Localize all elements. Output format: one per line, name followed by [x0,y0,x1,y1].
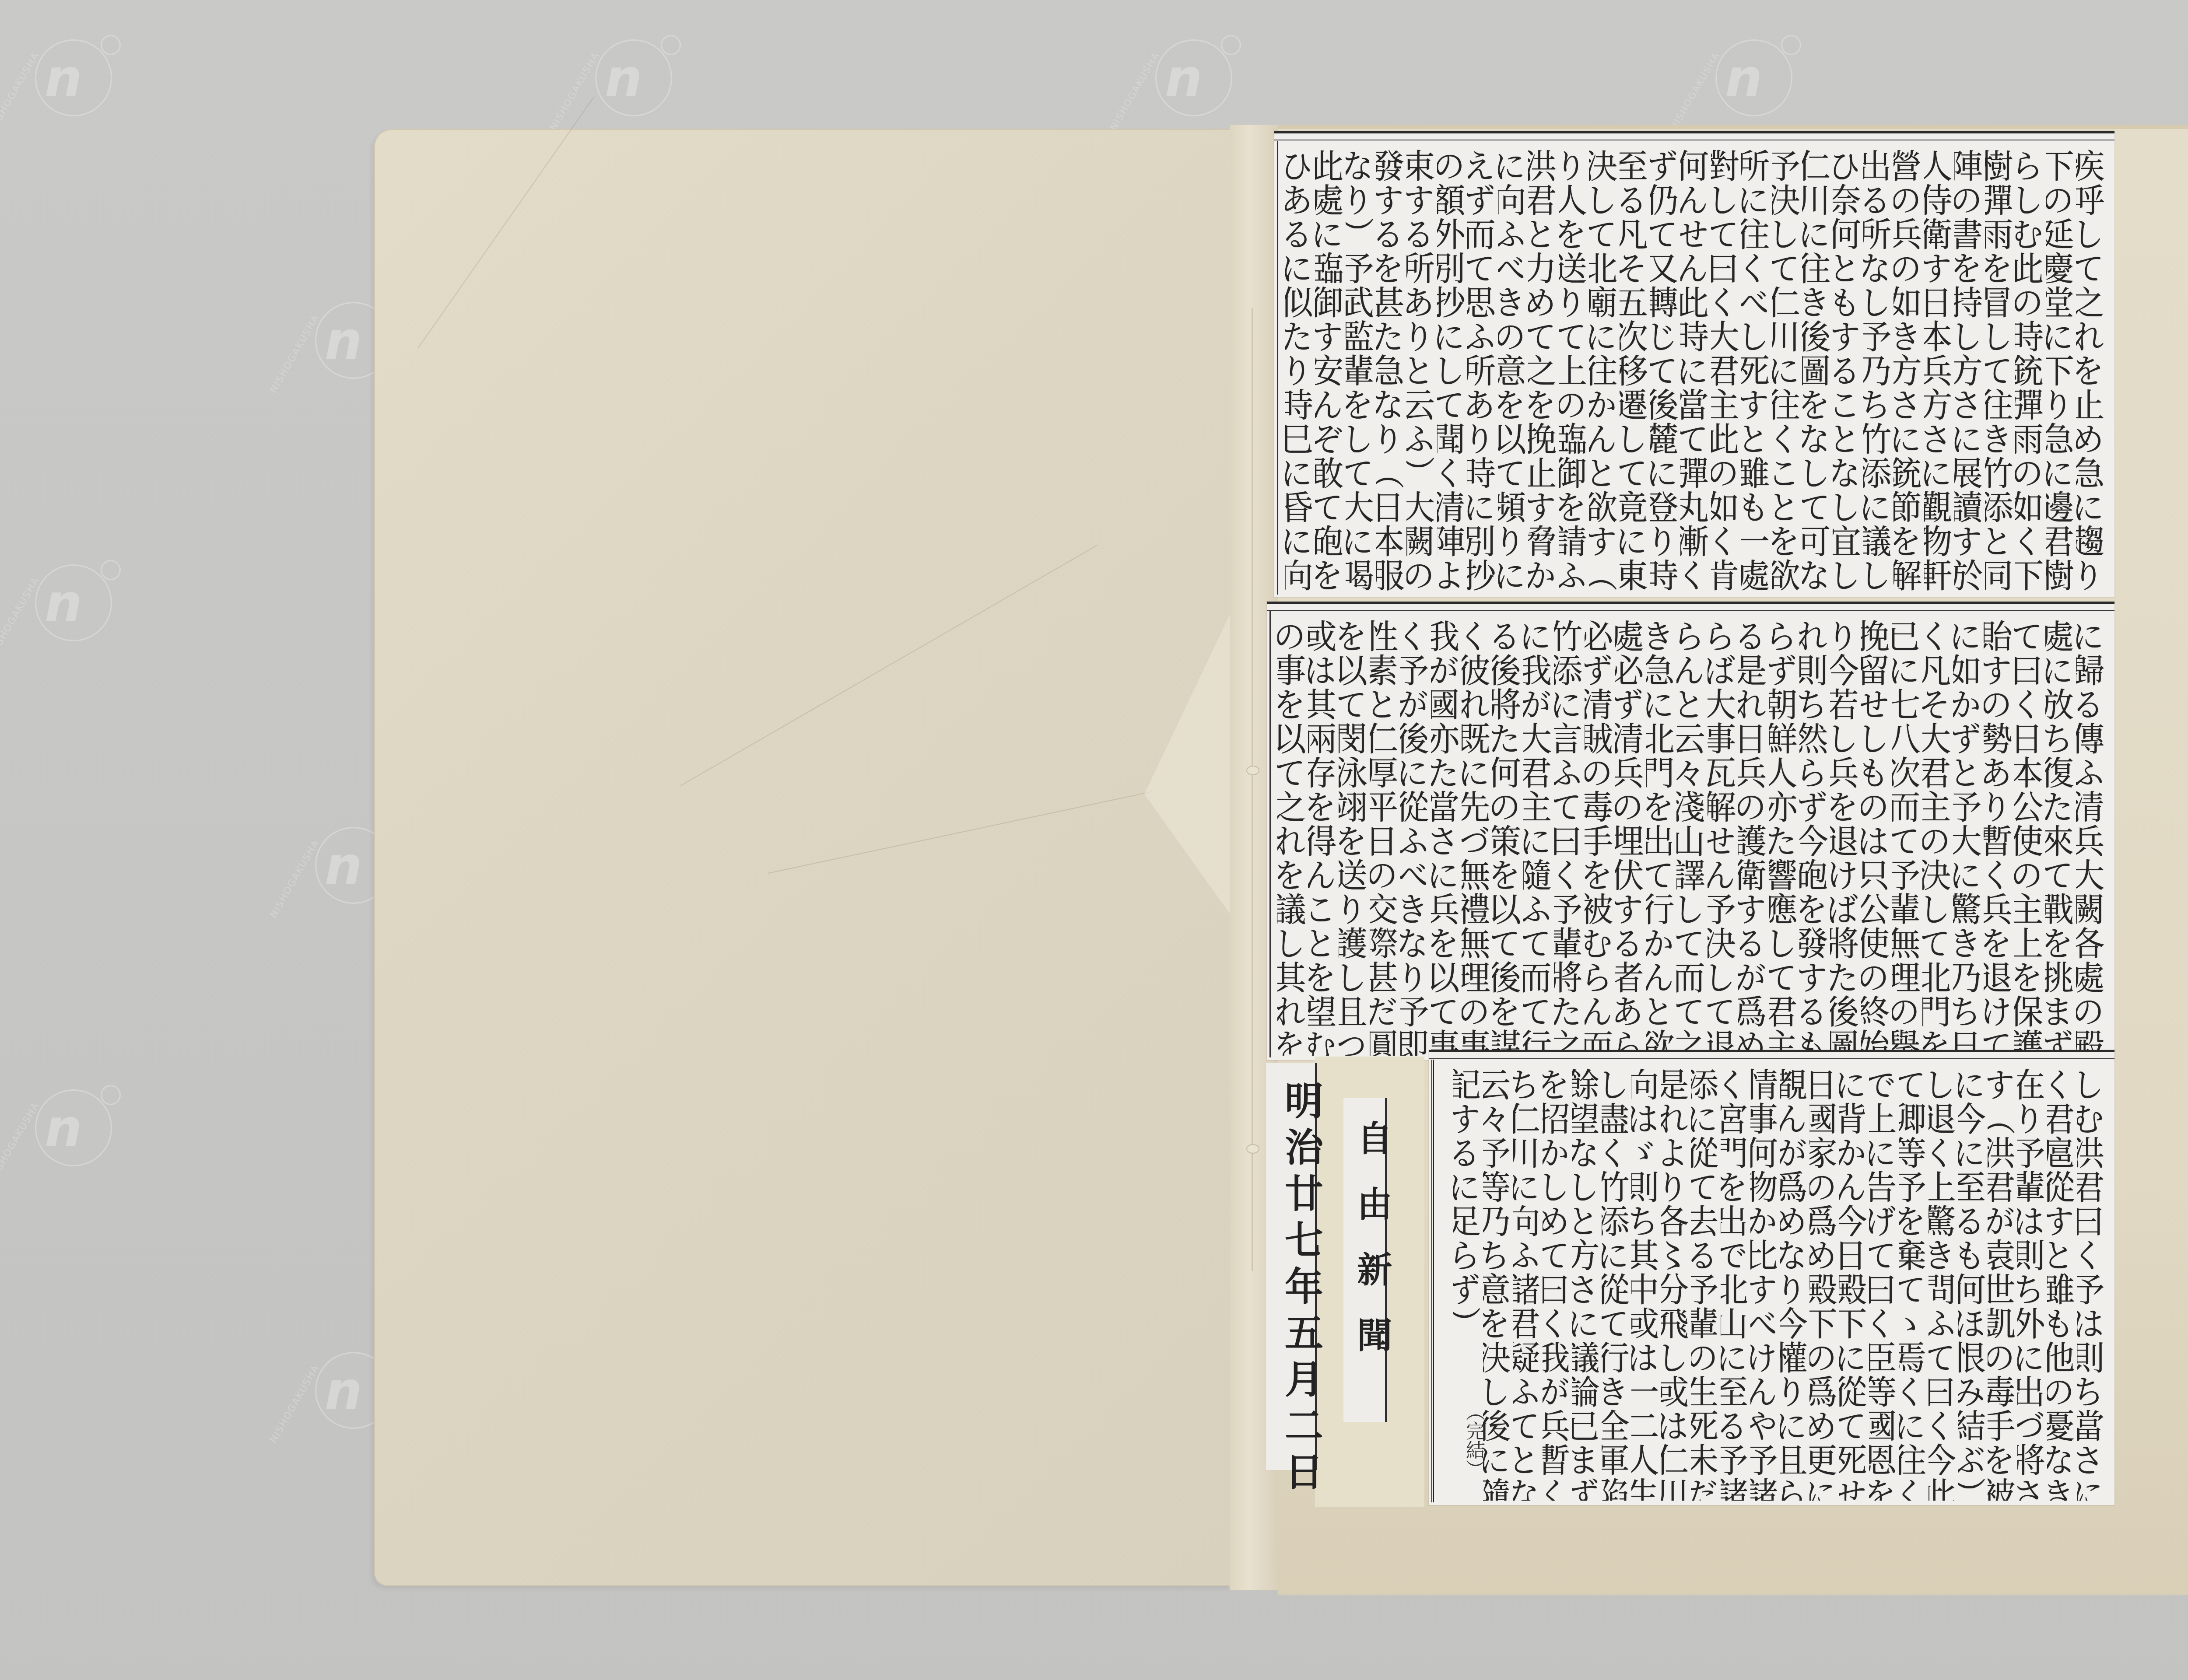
text-column: 餘望なしと方さに議論已まず竹添淺山をして之れ [1572,1067,1602,1501]
text-column: 陣の書を持し方さに展讀す於是竹添及び吾黨若干 [1954,149,1985,593]
text-column: す（洪君が袁世凱の毒手を被むりしを追想する毎 [1988,1067,2017,1501]
text-column: 性素と仁厚平日の交際甚だ圓融變出る後亦た兵丁 [1370,619,1400,1056]
text-column: しむ洪君曰く予は則ち當さに大駕に從ふべし予曰 [2077,1067,2107,1501]
text-column: 處必ず清兵の埋伏する者あらん予輩若し扈從せば [1615,619,1646,1056]
text-column: 我が國亦た當さに兵を以て事に從ふべし公等宜し [1431,619,1462,1056]
paper-crease [417,97,594,349]
text-column: 所に往くべし死すと雖も一處を共にせん竹添予に [1741,149,1772,593]
text-column: に如かずと予大に驚き乃ち日語を以て疾言して曰 [1953,619,1984,1056]
text-column: る後將た何の策を以て後を謀らんとするか竹添曰 [1492,619,1523,1056]
text-column: らしむ此の時銃彈雨の如く下る人行べからず邊君 [2015,149,2046,593]
text-column: 營の兵の如き方さに銃節を解開し皆赤手逃散す計 [1893,149,1924,593]
text-columns: に歸る傳ふ清兵大闕各處の殿閣に占據し只火を四處に放ち復た來て戰を挑まずと云ふ竹添… [1277,619,2107,1056]
text-column: 洪君と力めて之を挽止す脅かし陪して宜しく仁川 [1528,149,1559,593]
date-label: 明治廿七年五月二日 [1266,1063,1317,1470]
text-column: 是れより各〻分飛し或は仁川或は元山或は釜山に [1661,1067,1691,1501]
text-column: し盡く竹添に從て行き全軍陷沒に至らば則ち更に [1602,1067,1631,1501]
text-column: 添に從て去る予輩の生死未だ知るべからず如かず [1691,1067,1721,1501]
text-column: なり）予武監輩をして大に喝せしめて曰く大君主 [1346,149,1376,593]
text-column: 處に放ち復た來て戰を挑まずと云ふ竹添乃ち言ふ [2045,619,2076,1056]
header-rule [1429,1050,2114,1059]
text-column: らんと云々淺山譯して而て之れを告ぐ上此語を聞 [1676,619,1707,1056]
date-label-text: 明治廿七年五月二日 [1274,1081,1329,1498]
left-blank-page [374,129,1232,1586]
text-column: く彼れ既に先づ無禮無理の事を行ひ兩國を汚辱す [1462,619,1492,1056]
newspaper-clipping-top: 疾呼して之れを止め急に趨り至て挽留し轉して山下の延慶堂に下り急に邊君樹をして竹添… [1274,131,2114,597]
text-column: き急に北門を出て行かんと欲す予料るに北廟の近 [1646,619,1676,1056]
text-column: ひ奈何ともすることなし宜しく大君主に陪し急に [1833,149,1863,593]
text-column: く凡そ大君主の決して北門を出てんと欲することを [1922,619,1953,1056]
newspaper-name-label: 自由新聞 [1343,1098,1387,1422]
text-column: 決して北廟に往かんと欲す（王妃及び清殿北廟よ [1589,149,1620,593]
folded-flap [1144,610,1232,917]
text-column: で上に告げて曰く臣等國恩を蒙むる何ぞ敢て殿下 [1869,1067,1899,1501]
text-column: の額外別抄にして聞く清陣より此輩を招集して約 [1437,149,1468,593]
text-column: く予が後に從ふべきなり予即ち之れに決す只洪君 [1400,619,1431,1056]
text-column: 束する所ありと云ふ）大闕の後北山の上より砲を [1406,149,1437,593]
text-column: 仁川に往き後圖をなして可なり上此言を聞て曰く [1802,149,1833,593]
header-rule [1267,602,2114,611]
text-column: て卿等予を棄てゝ焉くに往くや予諸君と涙を飲ん [1899,1067,1929,1501]
text-column: に背かん今日殿下に從て死せざる所以のものは異 [1839,1067,1869,1501]
text-column: 對して曰く大君主此の如く肯んせず將た之れを如 [1711,149,1742,593]
text-column: ず仍て又轉じて後麓に登り時を移す彈丸又逼まり [1650,149,1681,593]
text-column: 至る凡そ五次移遷して竟に東北の宮門内に至る上 [1620,149,1650,593]
text-column: 在り予輩は則ち外に出づ將さに回復の日あらんと [2017,1067,2047,1501]
text-columns: しむ洪君曰く予は則ち當さに大駕に從ふべし予曰く君扈從すと雖も他の憂なきを保す君は… [1453,1067,2107,1501]
text-column: 發するを甚た急なり（日本服色を見て發砲する者 [1376,149,1407,593]
text-column: り今若し兵を退けば將た後圖を奈何ん竹添曰く是 [1830,619,1861,1056]
text-column: 必ず清賊の毒手を被むらん而て朴君及び兩徐君と [1585,619,1615,1056]
text-column: 出る所なし予乃ち竹添に議して曰く事此に至る勢 [1863,149,1894,593]
binding-thread [1252,308,1253,1271]
text-columns: 疾呼して之れを止め急に趨り至て挽留し轉して山下の延慶堂に下り急に邊君樹をして竹添… [1285,149,2107,593]
text-column: らず朝鮮人亦た響應して君主に對し發砲するに至 [1769,619,1799,1056]
text-column: し退く上驚き問ふて曰く今此の如き危亂の時に當 [1929,1067,1958,1501]
text-column: らば大事瓦解せん予決して退き歸り以て後策を圖 [1708,619,1738,1056]
text-column: 予決して仁川に往くことを欲せず大王大妃の至る [1772,149,1802,593]
text-column: 何んせん此時に當て彈丸漸く多く久しく留まる可から [1680,149,1711,593]
newspaper-clipping-bottom: しむ洪君曰く予は則ち當さに大駕に從ふべし予曰く君扈從すと雖も他の憂なきを保す君は… [1429,1050,2114,1505]
end-mark: （完結） [1459,1402,1487,1479]
text-column: 或は其兩存を得んことを望む乃ち予輩竹添に從ふ [1308,619,1339,1056]
text-column: 覩んが爲めなり今權りに且らく別を告ぐと此時の [1780,1067,1809,1501]
text-column: 情事何物か比すべけんや予諸君と竹添に隨ふて往 [1750,1067,1780,1501]
paper-crease [768,791,1154,874]
text-column: 竹添に言ふて曰く予輩將た之れを如何せん理當さ [1554,619,1585,1056]
text-column: に向ふべきの意を以て頻りに竹添に言ふ竹添只答 [1498,149,1529,593]
text-column: 云々予等乃ち意を決し後に隨ふて行く（此後の事 [1483,1067,1513,1501]
text-column: を招かしめて曰く我が兵暫くも住まるべからず即 [1543,1067,1572,1501]
text-column: て曰く日本公使の主上を保護する反て累を聖躬に [2014,619,2045,1056]
text-column: ひあるに似たり時巳に昏に向ふ日兵稍解ひて山下 [1285,149,1315,593]
text-column: く君扈從すと雖も他の憂なきを保す君は則ち内に [2047,1067,2077,1501]
newspaper-name-text: 自由新聞 [1347,1120,1397,1382]
text-column: く宮門を出で北山に至る予諸君と議して曰く今竹 [1721,1067,1750,1501]
text-column: 已に七八次而て予輩無理の擧を行ふて而て之れを [1892,619,1922,1056]
binding-knot [1246,1144,1259,1154]
text-column: 疾呼して之れを止め急に趨り至て挽留し轉して山 [2076,149,2107,593]
text-column: 人侍衛す日本兵方さに觀物軒の前後に抗戰す前後 [1924,149,1955,593]
text-column: 貽すの勢あり暫く兵を退けて以て善後の策を爲す [1984,619,2014,1056]
text-column: 向はゞ則ち其中或は一二人生を保つの望あらん若 [1631,1067,1661,1501]
text-column: 此處に臨御す安んぞ敢て砲を放つと彼れ逡巡の勢 [1315,149,1346,593]
text-column: 日國家の爲め殿下の爲め更に青天白日の時あるを [1809,1067,1839,1501]
text-column: れ則ち然らず今砲を發するもの獨り清兵のみに非 [1799,619,1830,1056]
text-column: る是れ日兵の護衛するが爲めなり萬一若し不諱あ [1738,619,1769,1056]
text-column: に今に至るも何ほ恨み結ぶ）急に大君主に向て辭 [1958,1067,1988,1501]
text-column: に我が大君主に隨ふて而て行くべし然れ共公使歸 [1523,619,1553,1056]
text-column: えず而て思ふ所あり時に別抄軍百餘人（是れ各營 [1467,149,1498,593]
header-rule [1274,131,2114,140]
binding-knot [1246,766,1259,775]
text-column: 樹彈雨を冒して往き竹添と同じく來る竹添手に清 [1985,149,2016,593]
text-column: に歸る傳ふ清兵大闕各處の殿閣に占據し只火を四 [2076,619,2107,1056]
text-column: ち仁川に向ふ諸君疑ふてとなくして速かに來れと [1513,1067,1543,1501]
text-column: の事を以て之れを議し其れをして自から之を裁せ [1277,619,1308,1056]
text-column: 挽留せしものは只公使の終始保護を恃み望めばな [1861,619,1892,1056]
newspaper-clipping-middle: に歸る傳ふ清兵大闕各處の殿閣に占據し只火を四處に放ち復た來て戰を挑まずと云ふ竹添… [1267,602,2114,1060]
paper-crease [680,545,1098,786]
text-column: 下の延慶堂に下り急に邊君樹をして竹添を招き來 [2046,149,2076,593]
text-column: を以て閔泳翊を送り護し且つ袁世凱と契甚だ厚し [1339,619,1369,1056]
text-column: り人を送りて上の臨御を請ふ）予朴君徐君（載弼） [1559,149,1589,593]
